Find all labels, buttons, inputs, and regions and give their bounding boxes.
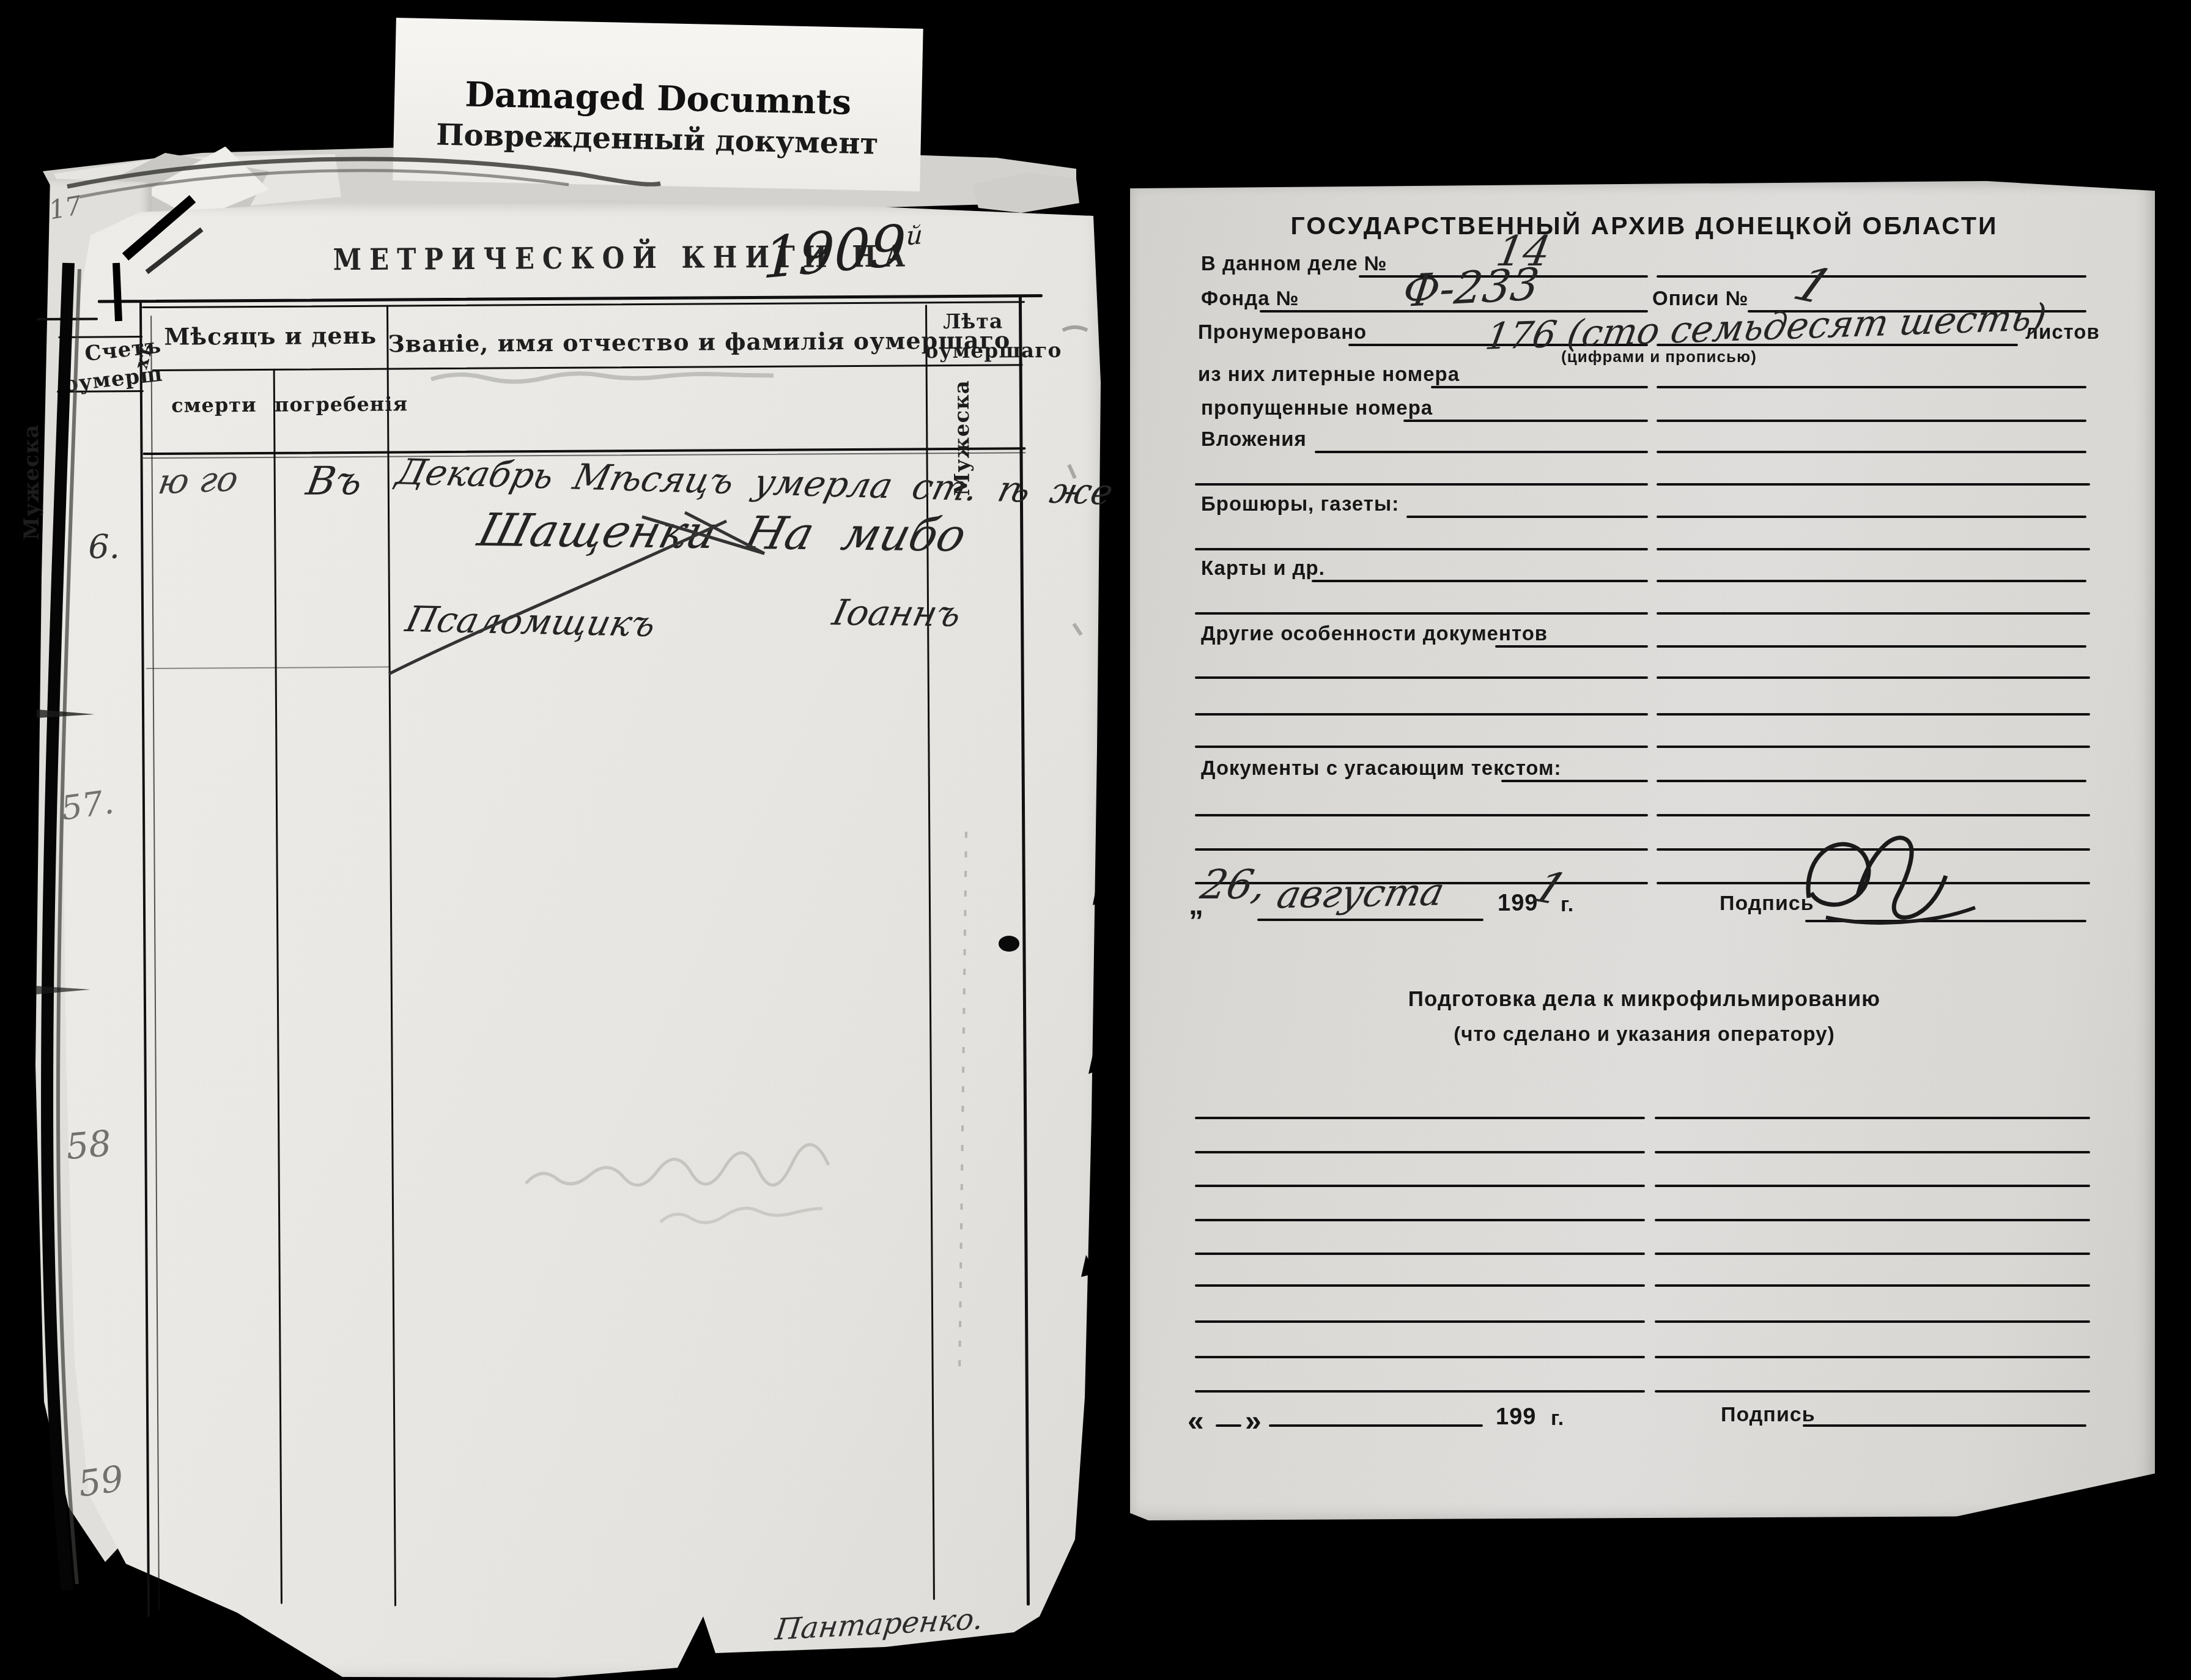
bottom-signature-label: Подпись: [1721, 1403, 1816, 1427]
fading-label: Документы с угасающим текстом:: [1201, 757, 1562, 780]
date-month: августа: [1273, 869, 1449, 917]
table-line: [142, 301, 1025, 308]
form-line: [1195, 676, 1648, 679]
margin-number-58: 58: [64, 1122, 113, 1167]
form-line: [1657, 848, 2090, 851]
margin-number-57: 57.: [59, 782, 116, 827]
form-line: [1657, 483, 2090, 486]
form-line: [1195, 1284, 1645, 1287]
form-line: [1195, 1356, 1645, 1358]
form-line: [1657, 386, 2086, 388]
form-line: [1403, 420, 1648, 422]
table-vline: [273, 369, 283, 1604]
form-line: [1657, 746, 2090, 748]
entry-no: 6.: [88, 527, 120, 566]
form-line: [1195, 1185, 1645, 1187]
bottom-year-g: г.: [1551, 1407, 1564, 1430]
num-label: Пронумеровано: [1198, 320, 1367, 344]
metrical-book-year: 1909й: [762, 210, 924, 291]
form-line: [1195, 814, 1648, 816]
table-vline: [139, 302, 150, 1617]
form-line: [1195, 1390, 1645, 1393]
table-line: [146, 667, 391, 669]
microfilm-subtitle: (что сделано и указания оператору): [1195, 1023, 2094, 1046]
metrical-book-year-suffix: й: [906, 220, 923, 251]
form-line: [1803, 1424, 2086, 1427]
form-line: [1657, 420, 2086, 422]
scanned-archive-spread: Damaged Documnts Поврежденный документ М…: [0, 0, 2191, 1680]
missed-label: пропущенные номера: [1201, 396, 1433, 420]
form-line: [1657, 548, 2090, 550]
form-line: [1655, 1390, 2090, 1393]
form-line: [1495, 645, 1648, 648]
form-line: [1657, 645, 2086, 648]
bottom-quote-open: «: [1188, 1404, 1205, 1438]
form-line: [1501, 780, 1648, 782]
table-vline: [386, 305, 396, 1607]
maps-label: Карты и др.: [1201, 557, 1325, 580]
brochure-label: Брошюры, газеты:: [1201, 492, 1399, 516]
entry-death-day: ю го: [155, 459, 241, 503]
col-month-day: Мѣсяцъ и день: [153, 322, 388, 350]
form-line: [1195, 612, 1648, 615]
fond-label: Фонда №: [1201, 287, 1299, 310]
case-label: В данном деле №: [1201, 252, 1387, 275]
entry-line2: Шащенки На мибо: [473, 504, 972, 562]
microfilm-title: Подготовка дела к микрофильмированию: [1195, 987, 2094, 1012]
form-line: [1655, 1253, 2090, 1255]
form-line: [1657, 882, 2090, 884]
form-line: [1216, 1424, 1241, 1427]
form-line: [1257, 919, 1483, 921]
margin-number-59: 59: [76, 1457, 127, 1505]
form-line: [1195, 1219, 1645, 1221]
form-line: [1657, 780, 2086, 782]
form-line: [1195, 848, 1648, 851]
form-line: [1195, 548, 1648, 550]
form-line: [1657, 451, 2086, 453]
liter-label: из них литерные номера: [1198, 363, 1460, 386]
form-line: [1195, 746, 1648, 748]
form-line: [1655, 1117, 2090, 1119]
form-line: [1655, 1320, 2090, 1323]
form-line: [1657, 275, 2086, 278]
form-line: [1406, 516, 1648, 518]
form-line: [1657, 580, 2086, 582]
col-burial: погребенія: [275, 393, 388, 416]
form-line: [1657, 713, 2090, 716]
margin-number-17: 17: [46, 190, 84, 226]
form-line: [1657, 676, 2090, 679]
bottom-quote-close: »: [1245, 1404, 1262, 1438]
attach-label: Вложения: [1201, 427, 1307, 451]
entry-line3-left: Псаломщикъ: [402, 598, 660, 645]
form-line: [1655, 1356, 2090, 1358]
form-line: [1655, 1219, 2090, 1221]
form-line: [1195, 1320, 1645, 1323]
form-line: [1312, 580, 1648, 582]
table-vline: [150, 316, 160, 1611]
form-line: [1269, 1424, 1483, 1427]
form-line: [1195, 1151, 1645, 1153]
form-line: [1657, 612, 2090, 615]
col-age-top: Лѣта: [926, 309, 1019, 333]
form-line: [1195, 713, 1648, 716]
date-year-g: г.: [1561, 893, 1574, 917]
form-line: [1195, 1117, 1645, 1119]
col-age-bottom: оумершаго: [925, 338, 1021, 363]
archive-title: ГОСУДАРСТВЕННЫЙ АРХИВ ДОНЕЦКОЙ ОБЛАСТИ: [1195, 212, 2094, 240]
form-line: [1805, 920, 2086, 922]
form-line: [1315, 451, 1648, 453]
entry-line3-right: Іоаннъ: [829, 591, 965, 634]
bottom-year: 199: [1496, 1404, 1536, 1430]
fond-value: Ф-233: [1400, 258, 1542, 317]
entry-burial-prefix: Въ: [303, 459, 365, 505]
form-line: [1657, 516, 2086, 518]
col-person: Званіе, имя отчество и фамилія оумершаго: [388, 327, 926, 357]
features-label: Другие особенности документов: [1201, 622, 1548, 645]
form-line: [1655, 1151, 2090, 1153]
table-line: [152, 364, 1023, 371]
form-line: [1195, 1253, 1645, 1255]
table-line: [37, 318, 98, 321]
form-line: [1657, 814, 2090, 816]
left-page-content: МЕТРИЧЕСКОЙ КНИГИ НА 1909й Счетъ оумерш …: [0, 0, 1121, 1680]
date-day: 26,: [1197, 861, 1271, 908]
signature-label: Подпись: [1720, 892, 1814, 916]
form-line: [1431, 386, 1648, 388]
form-line: [1655, 1185, 2090, 1187]
form-line: [1655, 1284, 2090, 1287]
form-line: [1195, 483, 1648, 486]
col-count-gender: Мужеска: [19, 399, 44, 540]
col-death: смерти: [153, 393, 275, 417]
